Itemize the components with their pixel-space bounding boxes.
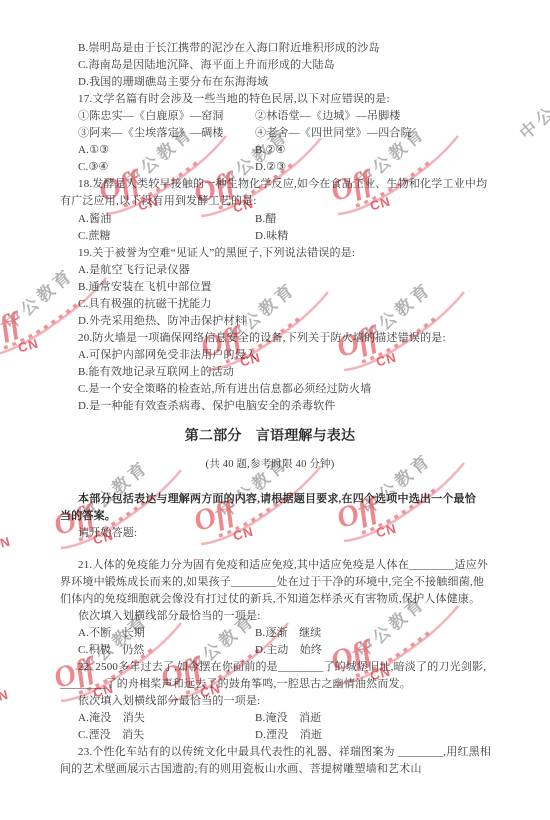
q20-option-d: D.是一种能有效查杀病毒、保护电脑安全的杀毒软件	[78, 400, 336, 413]
q22-instruction: 依次填入划横线部分最恰当的一项是:	[78, 695, 260, 708]
q18-stem-line1: 18.发酵是人类较早接触的一种生物化学反应,如今在食品工业、生物和化学工业中均	[78, 178, 487, 191]
q17-pair-2: ②林语堂—《边城》—吊脚楼	[255, 110, 401, 123]
q16-option-b: B.崇明岛是由于长江携带的泥沙在入海口附近堆积形成的沙岛	[78, 42, 380, 55]
q16-option-c: C.海南岛是因陆地沉降、海平面上升而形成的大陆岛	[78, 59, 335, 72]
part2-title: 第二部分 言语理解与表达	[0, 430, 540, 443]
q21-stem-line1: 21.人体的免疫能力分为固有免疫和适应免疫,其中适应免疫是人体在________…	[78, 559, 488, 572]
q23-stem-line2: 间的艺术壁画展示古国遗韵;有的则用瓷板山水画、菩提树雕塑墙和艺术山	[60, 763, 422, 776]
q22-option-d: D.湮没 消逝	[255, 729, 322, 742]
q19-option-c: C.具有极强的抗磁干扰能力	[78, 298, 212, 311]
q18-option-c: C.蔗糖	[78, 230, 111, 243]
q19-option-b: B.通常安装在飞机中部位置	[78, 281, 212, 294]
q21-option-b: B.逐渐 继续	[255, 627, 322, 640]
part2-meta: (共 40 题,参考时限 40 分钟)	[0, 458, 540, 471]
q22-option-a: A.淹没 消失	[78, 712, 145, 725]
part2-intro-line2: 当的答案。	[60, 510, 116, 523]
q18-option-a: A.酱油	[78, 213, 112, 226]
q19-stem: 19.关于被誉为空难“见证人”的黑匣子,下列说法错误的是:	[78, 247, 355, 260]
q21-stem-line3: 们体内的免疫细胞就会像没有打过仗的新兵,不知道怎样杀灭有害物质,保护人体健康。	[60, 593, 480, 606]
q23-stem-line1: 23.个性化车站有的以传统文化中最具代表性的礼器、祥瑞图案为 ________,…	[78, 746, 491, 759]
q21-instruction: 依次填入划横线部分最恰当的一项是:	[78, 610, 260, 623]
q22-option-c: C.湮没 消失	[78, 729, 145, 742]
q17-option-c: C.③④	[78, 161, 109, 174]
q20-option-b: B.能有效地记录互联网上的活动	[78, 366, 234, 379]
q17-pair-4: ④老舍—《四世同堂》—四合院	[255, 127, 412, 140]
begin-answering: 请开始答题:	[78, 527, 137, 540]
q19-option-a: A.是航空飞行记录仪器	[78, 264, 190, 277]
q20-stem: 20.防火墙是一项确保网络信息安全的设备,下列关于防火墙的描述错误的是:	[78, 332, 446, 345]
q18-option-d: D.味精	[255, 230, 289, 243]
q17-stem: 17.文学名篇有时会涉及一些当地的特色民居,以下对应错误的是:	[78, 93, 390, 106]
q21-option-d: D.主动 始终	[255, 644, 322, 657]
q18-stem-line2: 有广泛应用,以下没有用到发酵工艺的是:	[60, 195, 257, 208]
q16-option-d: D.我国的珊瑚礁岛主要分布在东海海域	[78, 76, 268, 89]
q20-option-a: A.可保护内部网免受非法用户的侵入	[78, 349, 257, 362]
q17-pair-1: ①陈忠实—《白鹿原》—窑洞	[78, 110, 224, 123]
q17-pair-3: ③阿来—《尘埃落定》—碉楼	[78, 127, 224, 140]
q22-stem-line1: 22. 2500多年过去了,如今摆在你面前的是________了的城堡旧址,暗淡…	[78, 661, 486, 674]
part2-intro-line1: 本部分包括表达与理解两方面的内容,请根据题目要求,在四个选项中选出一个最恰	[78, 493, 476, 506]
q21-stem-line2: 界环境中锻炼成长而来的,如果孩子________处在过于干净的环境中,完全不接触…	[60, 576, 484, 589]
document-text-layer: B.崇明岛是由于长江携带的泥沙在入海口附近堆积形成的沙岛C.海南岛是因陆地沉降、…	[0, 0, 550, 820]
q22-stem-line2: ________了的舟楫桨声和远去了的鼓角筝鸣,一腔思古之幽情油然而发。	[60, 678, 411, 691]
q21-option-c: C.积极 仍然	[78, 644, 145, 657]
q22-option-b: B.淹没 消逝	[255, 712, 322, 725]
q18-option-b: B.醋	[255, 213, 277, 226]
exam-document-page: 中公教育OffCN中公教育OffCN中公教育OffCN中公教育OffCN中公教育…	[0, 0, 550, 820]
q17-option-d: D.②③	[255, 161, 286, 174]
q21-option-a: A.不断 长期	[78, 627, 145, 640]
q19-option-d: D.外壳采用绝热、防冲击保护材料	[78, 315, 246, 328]
q20-option-c: C.是一个安全策略的检查站,所有进出信息都必须经过防火墙	[78, 383, 371, 396]
q17-option-a: A.①③	[78, 144, 109, 157]
q17-option-b: B.②④	[255, 144, 286, 157]
